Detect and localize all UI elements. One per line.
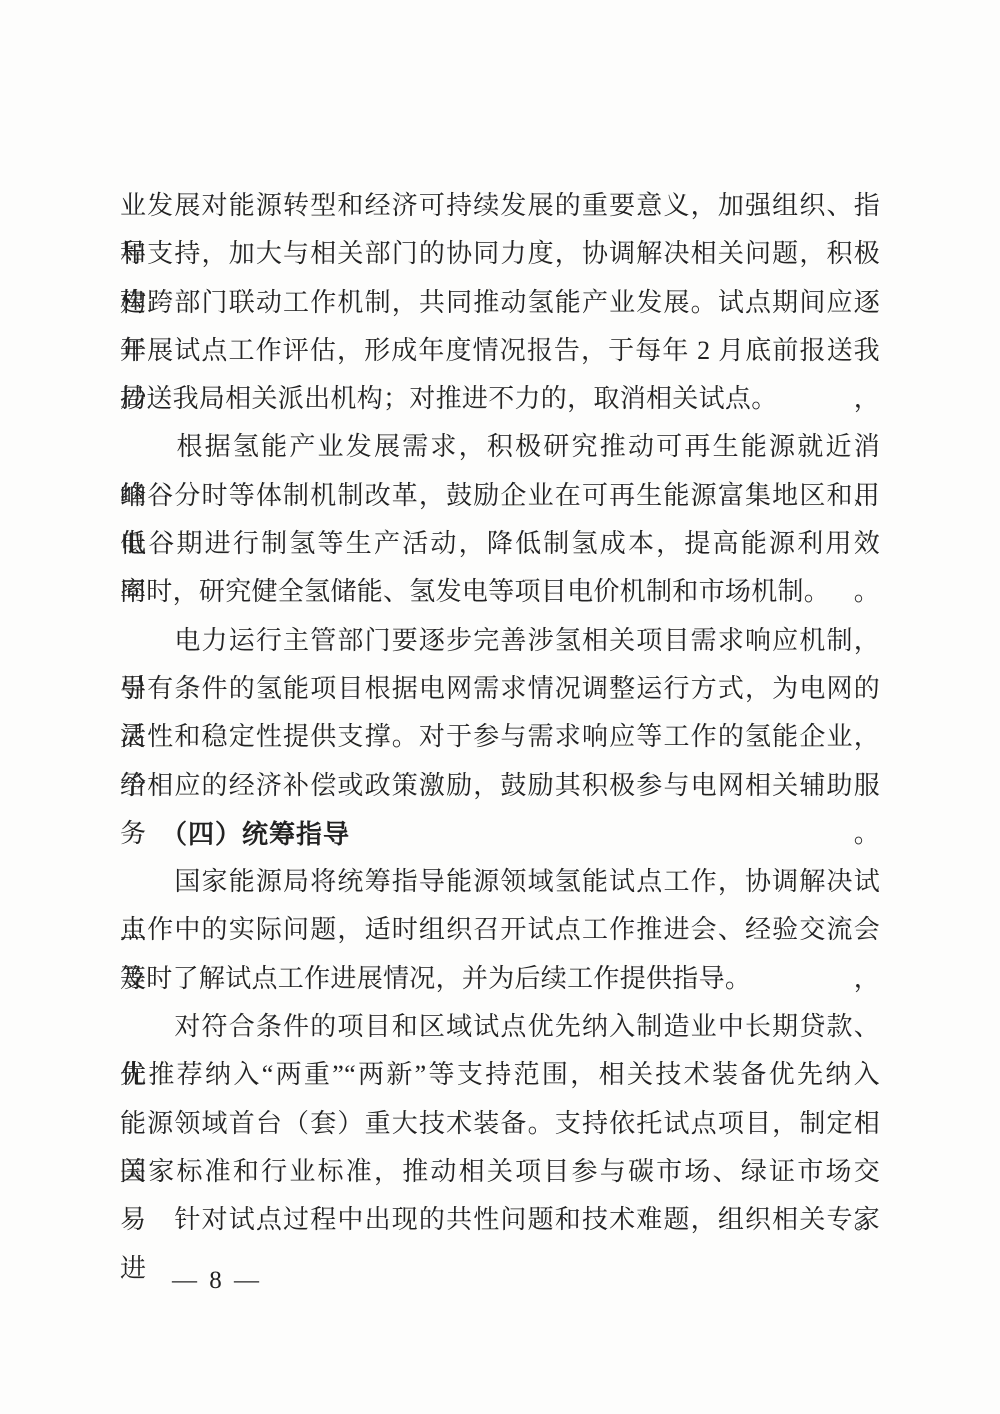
document-page: 业发展对能源转型和经济可持续发展的重要意义，加强组织、指导和支持，加大与相关部门… bbox=[0, 0, 1000, 1414]
text-line: 予相应的经济补偿或政策激励，鼓励其积极参与电网相关辅助服务。 bbox=[120, 762, 880, 810]
paragraph: 业发展对能源转型和经济可持续发展的重要意义，加强组织、指导和支持，加大与相关部门… bbox=[120, 182, 880, 423]
text-line: 先推荐纳入“两重”“两新”等支持范围，相关技术装备优先纳入 bbox=[120, 1051, 880, 1099]
text-line: 导有条件的氢能项目根据电网需求情况调整运行方式，为电网的灵 bbox=[120, 665, 880, 713]
document-body: 业发展对能源转型和经济可持续发展的重要意义，加强组织、指导和支持，加大与相关部门… bbox=[120, 182, 880, 1245]
text-line: 抄送我局相关派出机构；对推进不力的，取消相关试点。 bbox=[120, 375, 880, 423]
paragraph: 对符合条件的项目和区域试点优先纳入制造业中长期贷款、优先推荐纳入“两重”“两新”… bbox=[120, 1003, 880, 1196]
text-line: 根据氢能产业发展需求，积极研究推动可再生能源就近消纳、 bbox=[120, 423, 880, 471]
page-number: — 8 — bbox=[120, 1265, 880, 1297]
text-line: 针对试点过程中出现的共性问题和技术难题，组织相关专家进 bbox=[120, 1196, 880, 1244]
text-line: 峰谷分时等体制机制改革，鼓励企业在可再生能源富集地区和用电 bbox=[120, 472, 880, 520]
text-line: 工作中的实际问题，适时组织召开试点工作推进会、经验交流会等， bbox=[120, 906, 880, 954]
text-line: 活性和稳定性提供支撑。对于参与需求响应等工作的氢能企业，给 bbox=[120, 713, 880, 761]
paragraph: 电力运行主管部门要逐步完善涉氢相关项目需求响应机制，引导有条件的氢能项目根据电网… bbox=[120, 617, 880, 810]
text-line: 电力运行主管部门要逐步完善涉氢相关项目需求响应机制，引 bbox=[120, 617, 880, 665]
paragraph: 针对试点过程中出现的共性问题和技术难题，组织相关专家进 bbox=[120, 1196, 880, 1244]
text-line: 国家能源局将统筹指导能源领域氢能试点工作，协调解决试点 bbox=[120, 858, 880, 906]
text-line: 和支持，加大与相关部门的协同力度，协调解决相关问题，积极构 bbox=[120, 230, 880, 278]
text-line: 同时，研究健全氢储能、氢发电等项目电价机制和市场机制。 bbox=[120, 568, 880, 616]
paragraph: 国家能源局将统筹指导能源领域氢能试点工作，协调解决试点工作中的实际问题，适时组织… bbox=[120, 858, 880, 1003]
text-line: 对符合条件的项目和区域试点优先纳入制造业中长期贷款、优 bbox=[120, 1003, 880, 1051]
text-line: 低谷期进行制氢等生产活动，降低制氢成本，提高能源利用效率。 bbox=[120, 520, 880, 568]
text-line: 建跨部门联动工作机制，共同推动氢能产业发展。试点期间应逐年 bbox=[120, 279, 880, 327]
text-line: 开展试点工作评估，形成年度情况报告，于每年 2 月底前报送我局， bbox=[120, 327, 880, 375]
text-line: 业发展对能源转型和经济可持续发展的重要意义，加强组织、指导 bbox=[120, 182, 880, 230]
text-line: 能源领域首台（套）重大技术装备。支持依托试点项目，制定相关 bbox=[120, 1100, 880, 1148]
text-line: 国家标准和行业标准，推动相关项目参与碳市场、绿证市场交易。 bbox=[120, 1148, 880, 1196]
paragraph: 根据氢能产业发展需求，积极研究推动可再生能源就近消纳、峰谷分时等体制机制改革，鼓… bbox=[120, 423, 880, 616]
